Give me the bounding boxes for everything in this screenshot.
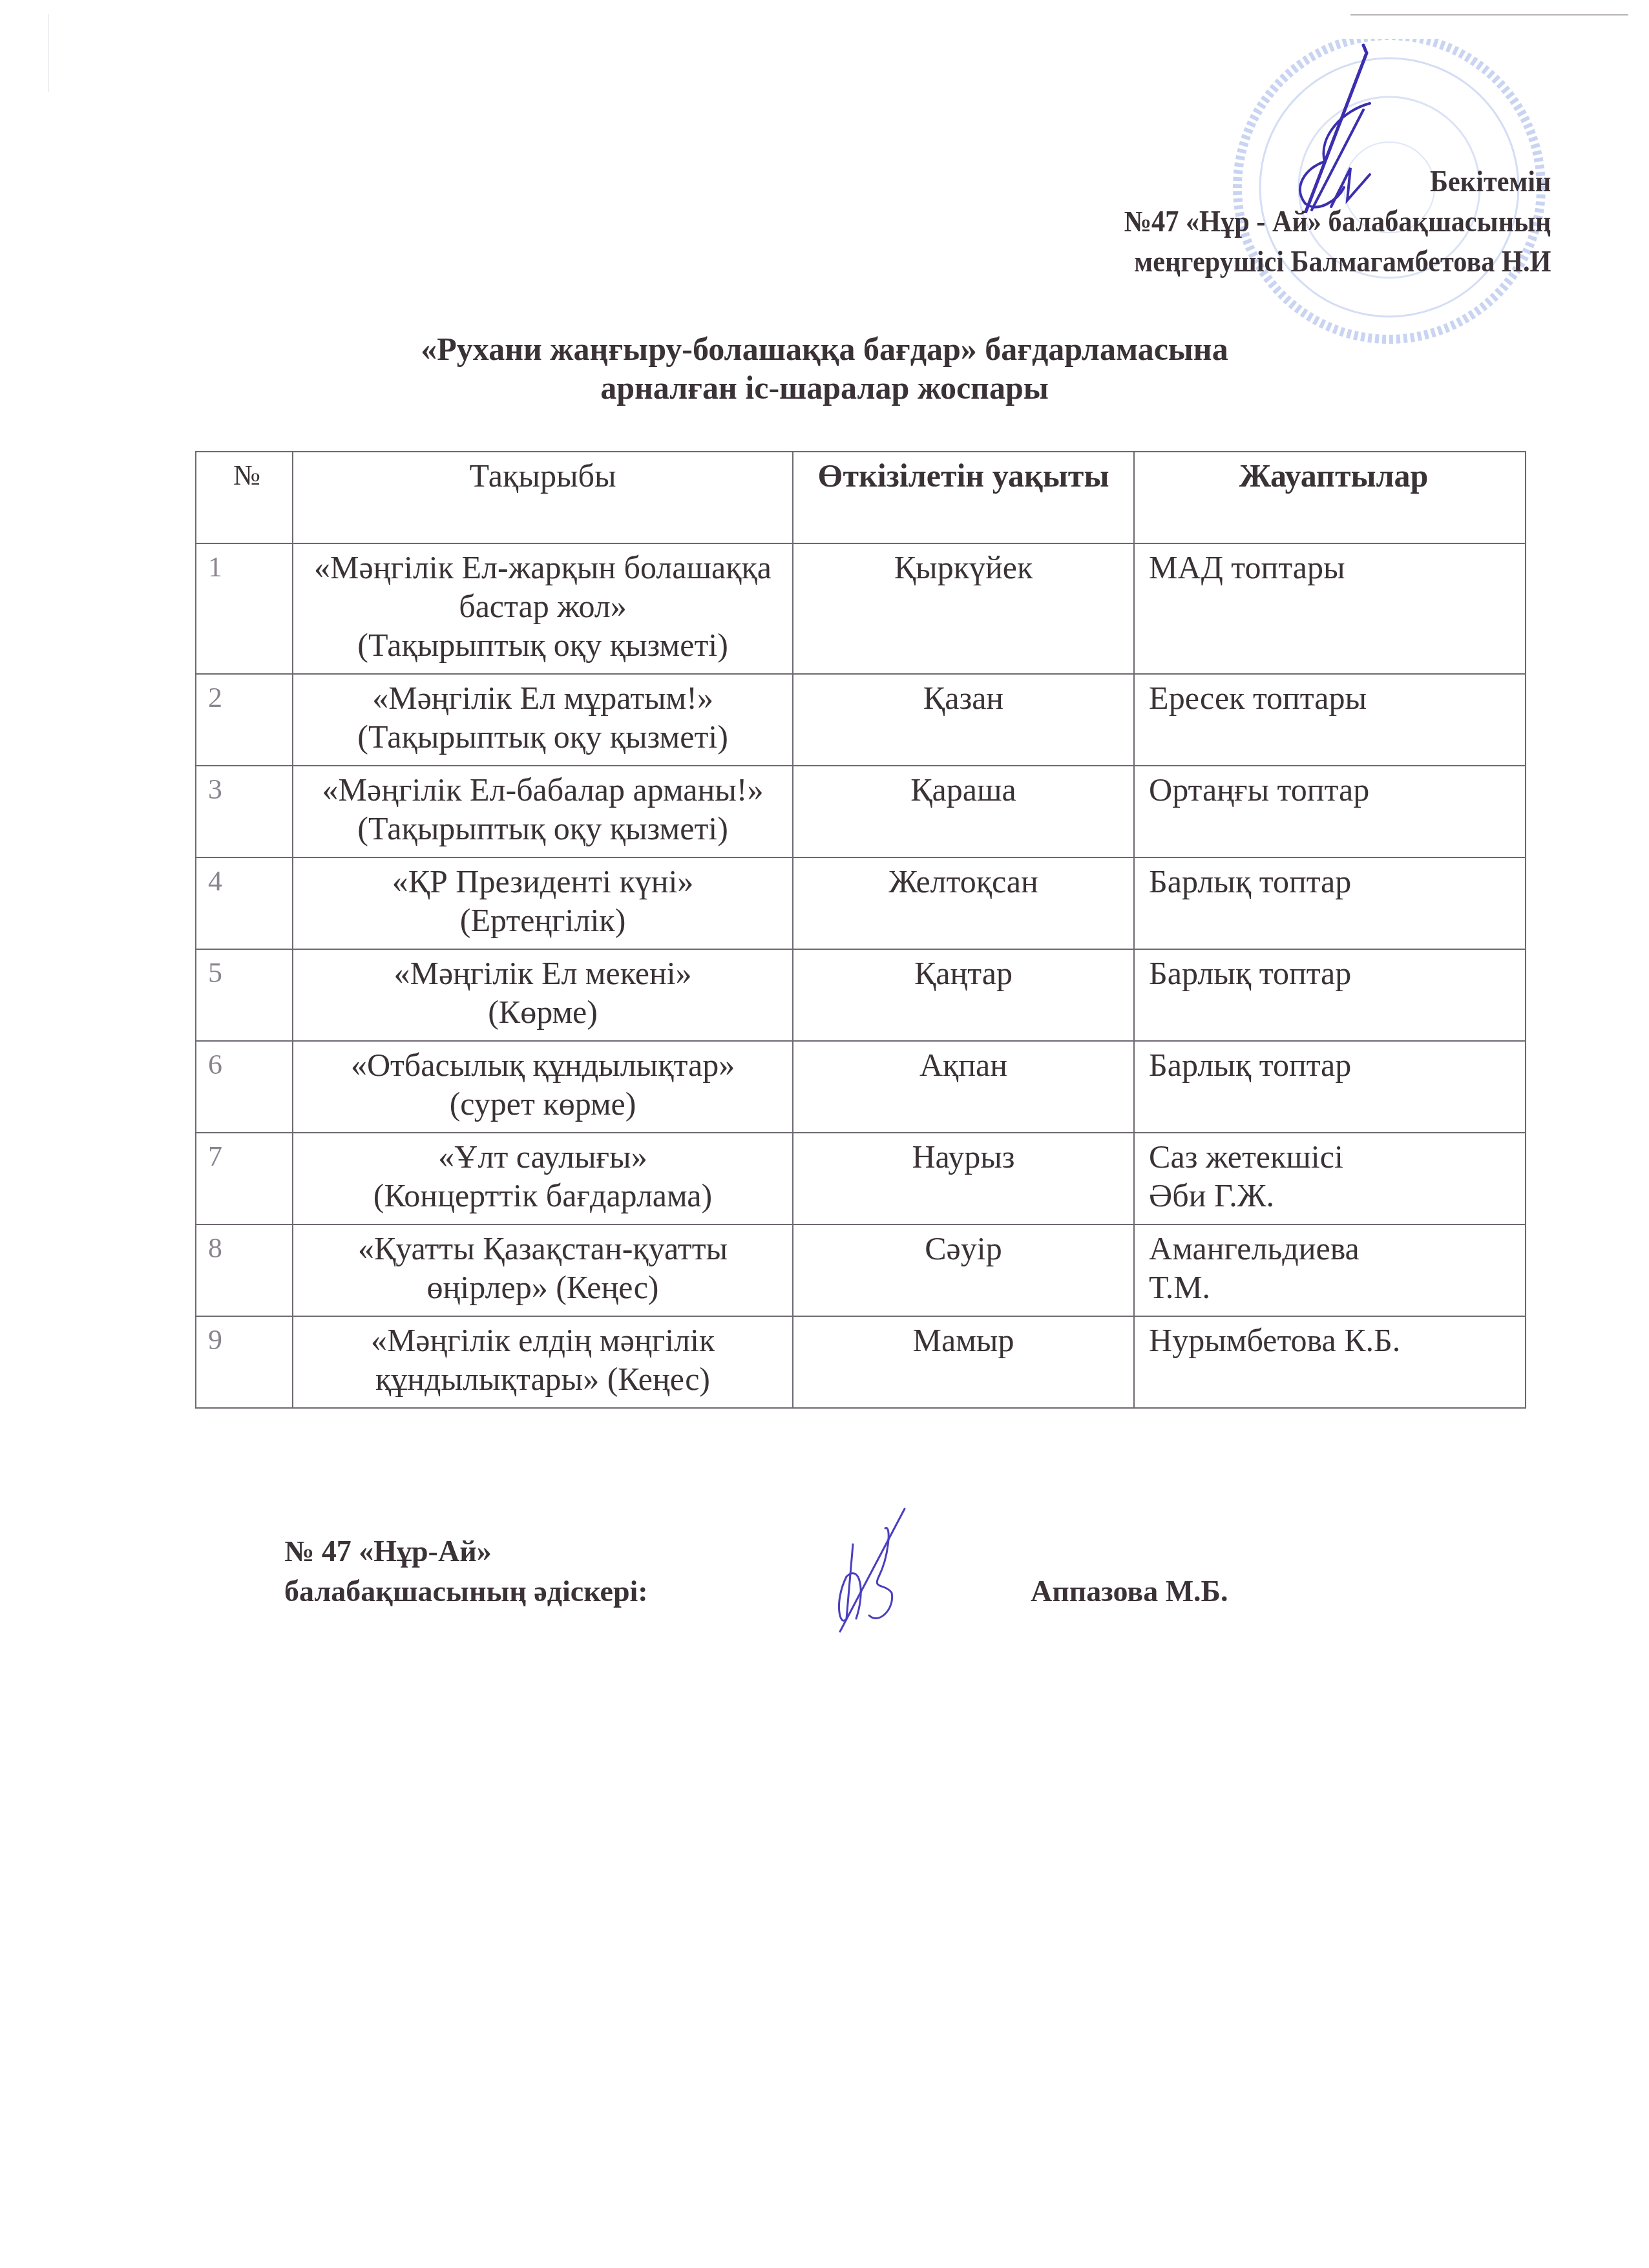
topic-line: «Отбасылық құндылықтар» <box>300 1045 786 1084</box>
table-header-row: № Тақырыбы Өткізілетін уақыты Жауаптылар <box>196 452 1526 543</box>
row-topic: «Мәңгілік Ел мекені»(Көрме) <box>293 949 793 1041</box>
row-responsible: Барлық топтар <box>1134 1041 1526 1133</box>
row-number: 1 <box>196 543 293 674</box>
methodist-name: Аппазова М.Б. <box>1031 1571 1228 1612</box>
row-number: 4 <box>196 857 293 949</box>
row-responsible: МАД топтары <box>1134 543 1526 674</box>
row-time: Сәуір <box>793 1224 1134 1316</box>
topic-line: «Ұлт саулығы» <box>300 1137 786 1176</box>
approval-label: Бекітемін <box>1124 162 1551 202</box>
title-line-1: «Рухани жаңғыру-болашаққа бағдар» бағдар… <box>0 330 1649 368</box>
topic-line: «Мәңгілік Ел-жарқын болашаққа <box>300 548 786 587</box>
row-topic: «ҚР Президенті күні»(Ертеңгілік) <box>293 857 793 949</box>
row-time: Мамыр <box>793 1316 1134 1408</box>
responsible-line: Барлық топтар <box>1149 1045 1518 1084</box>
scan-edge-line <box>1350 14 1628 16</box>
row-time: Қараша <box>793 766 1134 857</box>
row-time: Қазан <box>793 674 1134 766</box>
row-number: 5 <box>196 949 293 1041</box>
header-num: № <box>196 452 293 543</box>
header-responsible: Жауаптылар <box>1134 452 1526 543</box>
table-row: 4«ҚР Президенті күні»(Ертеңгілік)Желтоқс… <box>196 857 1526 949</box>
document-title: «Рухани жаңғыру-болашаққа бағдар» бағдар… <box>0 330 1649 407</box>
row-topic: «Мәңгілік Ел мұратым!»(Тақырыптық оқу қы… <box>293 674 793 766</box>
approval-block: Бекітемін №47 «Нұр - Ай» балабақшасының … <box>1124 162 1551 282</box>
footer-role: балабақшасының әдіскері: <box>284 1571 648 1612</box>
row-topic: «Қуатты Қазақстан-қуаттыөңірлер» (Кеңес) <box>293 1224 793 1316</box>
topic-line: (Тақырыптық оқу қызметі) <box>300 625 786 664</box>
table-row: 9«Мәңгілік елдің мәңгілікқұндылықтары» (… <box>196 1316 1526 1408</box>
table-row: 3«Мәңгілік Ел-бабалар арманы!»(Тақырыпты… <box>196 766 1526 857</box>
row-number: 8 <box>196 1224 293 1316</box>
table-row: 5«Мәңгілік Ел мекені»(Көрме)ҚаңтарБарлық… <box>196 949 1526 1041</box>
topic-line: (Концерттік бағдарлама) <box>300 1176 786 1215</box>
row-number: 9 <box>196 1316 293 1408</box>
row-number: 7 <box>196 1133 293 1224</box>
topic-line: «ҚР Президенті күні» <box>300 862 786 901</box>
topic-line: «Мәңгілік Ел мұратым!» <box>300 678 786 717</box>
responsible-line: Нурымбетова К.Б. <box>1149 1321 1518 1360</box>
topic-line: бастар жол» <box>300 587 786 625</box>
responsible-line: Ортаңғы топтар <box>1149 770 1518 809</box>
responsible-line: Амангельдиева <box>1149 1229 1518 1268</box>
approval-director: меңгерушісі Балмагамбетова Н.И <box>1124 242 1551 282</box>
responsible-line: Ересек топтары <box>1149 678 1518 717</box>
table-row: 1«Мәңгілік Ел-жарқын болашаққабастар жол… <box>196 543 1526 674</box>
row-time: Наурыз <box>793 1133 1134 1224</box>
topic-line: (Тақырыптық оқу қызметі) <box>300 717 786 756</box>
topic-line: (Тақырыптық оқу қызметі) <box>300 809 786 848</box>
topic-line: «Қуатты Қазақстан-қуатты <box>300 1229 786 1268</box>
row-responsible: Ортаңғы топтар <box>1134 766 1526 857</box>
events-plan-table: № Тақырыбы Өткізілетін уақыты Жауаптылар… <box>195 451 1526 1409</box>
row-responsible: Саз жетекшісіӘби Г.Ж. <box>1134 1133 1526 1224</box>
table-row: 7«Ұлт саулығы»(Концерттік бағдарлама)Нау… <box>196 1133 1526 1224</box>
scan-edge-shadow <box>48 14 49 92</box>
row-responsible: Барлық топтар <box>1134 857 1526 949</box>
row-number: 6 <box>196 1041 293 1133</box>
row-topic: «Отбасылық құндылықтар»(сурет көрме) <box>293 1041 793 1133</box>
topic-line: «Мәңгілік Ел мекені» <box>300 954 786 992</box>
title-line-2: арналған іс-шаралар жоспары <box>0 368 1649 407</box>
row-topic: «Ұлт саулығы»(Концерттік бағдарлама) <box>293 1133 793 1224</box>
header-topic: Тақырыбы <box>293 452 793 543</box>
topic-line: өңірлер» (Кеңес) <box>300 1268 786 1307</box>
row-responsible: АмангельдиеваТ.М. <box>1134 1224 1526 1316</box>
row-responsible: Ересек топтары <box>1134 674 1526 766</box>
row-number: 2 <box>196 674 293 766</box>
row-time: Қаңтар <box>793 949 1134 1041</box>
topic-line: «Мәңгілік елдің мәңгілік <box>300 1321 786 1360</box>
row-responsible: Барлық топтар <box>1134 949 1526 1041</box>
topic-line: құндылықтары» (Кеңес) <box>300 1360 786 1398</box>
topic-line: (сурет көрме) <box>300 1084 786 1123</box>
responsible-line: Әби Г.Ж. <box>1149 1176 1518 1215</box>
responsible-line: МАД топтары <box>1149 548 1518 587</box>
row-topic: «Мәңгілік елдің мәңгілікқұндылықтары» (К… <box>293 1316 793 1408</box>
approval-organization: №47 «Нұр - Ай» балабақшасының <box>1124 202 1551 242</box>
footer-organization: № 47 «Нұр-Ай» <box>284 1531 648 1571</box>
row-time: Желтоқсан <box>793 857 1134 949</box>
table-row: 2«Мәңгілік Ел мұратым!»(Тақырыптық оқу қ… <box>196 674 1526 766</box>
table-row: 8«Қуатты Қазақстан-қуаттыөңірлер» (Кеңес… <box>196 1224 1526 1316</box>
row-time: Қыркүйек <box>793 543 1134 674</box>
responsible-line: Саз жетекшісі <box>1149 1137 1518 1176</box>
row-number: 3 <box>196 766 293 857</box>
topic-line: (Ертеңгілік) <box>300 901 786 940</box>
row-responsible: Нурымбетова К.Б. <box>1134 1316 1526 1408</box>
methodist-signature-icon <box>821 1506 911 1635</box>
table-row: 6«Отбасылық құндылықтар»(сурет көрме)Ақп… <box>196 1041 1526 1133</box>
footer-signatory: № 47 «Нұр-Ай» балабақшасының әдіскері: <box>284 1531 648 1612</box>
responsible-line: Барлық топтар <box>1149 862 1518 901</box>
topic-line: «Мәңгілік Ел-бабалар арманы!» <box>300 770 786 809</box>
row-topic: «Мәңгілік Ел-жарқын болашаққабастар жол»… <box>293 543 793 674</box>
header-time: Өткізілетін уақыты <box>793 452 1134 543</box>
topic-line: (Көрме) <box>300 992 786 1031</box>
row-topic: «Мәңгілік Ел-бабалар арманы!»(Тақырыптық… <box>293 766 793 857</box>
responsible-line: Т.М. <box>1149 1268 1518 1307</box>
row-time: Ақпан <box>793 1041 1134 1133</box>
responsible-line: Барлық топтар <box>1149 954 1518 992</box>
table-body: 1«Мәңгілік Ел-жарқын болашаққабастар жол… <box>196 543 1526 1408</box>
